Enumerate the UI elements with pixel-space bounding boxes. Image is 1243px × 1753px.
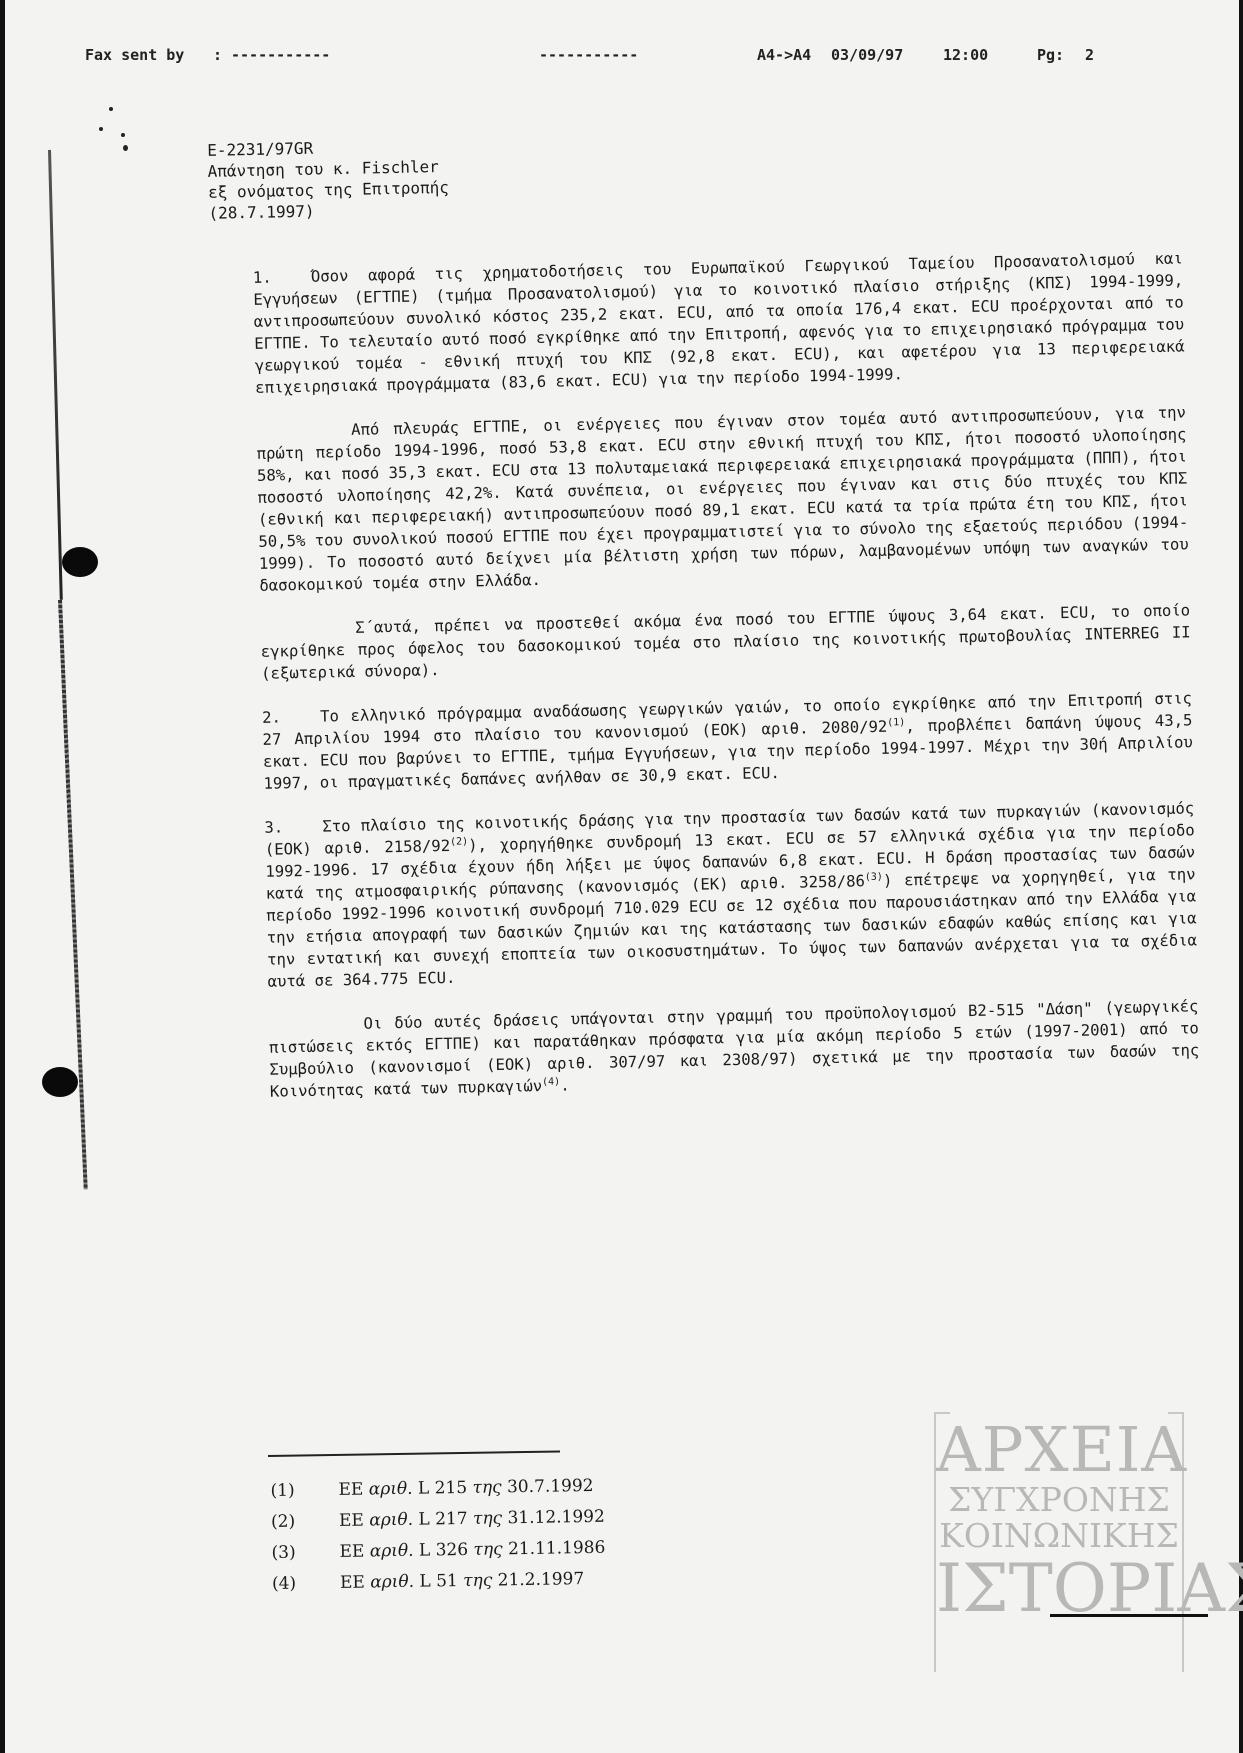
watermark-line: ΣΥΓΧΡΟΝΗΣ <box>936 1482 1182 1518</box>
paragraph-1: 1.Όσον αφορά τις χρηματοδοτήσεις του Ευρ… <box>253 247 1186 398</box>
fax-sender-field: ----------- <box>231 46 330 64</box>
scan-edge-left <box>0 0 5 1753</box>
fax-page-label: Pg: <box>1037 46 1064 64</box>
punch-hole <box>42 1067 78 1097</box>
reference-block: E-2231/97GR Απάντηση του κ. Fischler εξ … <box>207 119 1202 224</box>
fax-separator: : <box>213 46 222 64</box>
fax-label: Fax sent by <box>85 46 184 64</box>
scan-edge-right <box>1239 0 1243 1753</box>
scan-artifact-line <box>58 600 88 1190</box>
fax-date: 03/09/97 <box>831 46 903 64</box>
footnote-item: (4) ΕΕ αριθ. L 51 της 21.2.1997 <box>272 1561 692 1599</box>
footnote-divider <box>268 1450 560 1457</box>
watermark-line: ΚΟΙΝΩΝΙΚΗΣ <box>936 1518 1182 1554</box>
paragraph-1b: Από πλευράς ΕΓΤΠΕ, οι ενέργειες που έγιν… <box>256 401 1189 596</box>
footnote-ref: (3) <box>865 872 883 883</box>
fax-header: Fax sent by : ----------- ----------- A4… <box>85 46 1165 70</box>
fax-time: 12:00 <box>943 46 988 64</box>
fax-page-number: 2 <box>1085 46 1094 64</box>
paragraph-2: 2.Το ελληνικό πρόγραμμα αναδάσωσης γεωργ… <box>262 687 1194 794</box>
fax-second-field: ----------- <box>539 46 638 64</box>
punch-hole <box>62 547 98 577</box>
paragraph-1c: Σ΄αυτά, πρέπει να προστεθεί ακόμα ένα πο… <box>260 599 1191 684</box>
watermark-line: ΑΡΧΕΙΑ <box>936 1418 1182 1482</box>
paragraph-3b: Οι δύο αυτές δράσεις υπάγονται στην γραμ… <box>268 995 1200 1102</box>
document-body: E-2231/97GR Απάντηση του κ. Fischler εξ … <box>200 119 1220 1119</box>
footnotes: (1) ΕΕ αριθ. L 215 της 30.7.1992 (2) ΕΕ … <box>270 1448 692 1599</box>
scan-artifact-line <box>48 150 63 600</box>
footnote-ref: (2) <box>450 836 468 847</box>
footnote-ref: (4) <box>542 1076 560 1087</box>
footnote-ref: (1) <box>887 717 905 728</box>
paragraph-3: 3.Στο πλαίσιο της κοινοτικής δράσης για … <box>264 797 1197 992</box>
archive-watermark-logo: ΑΡΧΕΙΑ ΣΥΓΧΡΟΝΗΣ ΚΟΙΝΩΝΙΚΗΣ ΙΣΤΟΡΙΑΣ <box>934 1412 1184 1672</box>
scan-artifact-stroke <box>1050 1614 1208 1617</box>
fax-format: A4->A4 <box>757 46 811 64</box>
